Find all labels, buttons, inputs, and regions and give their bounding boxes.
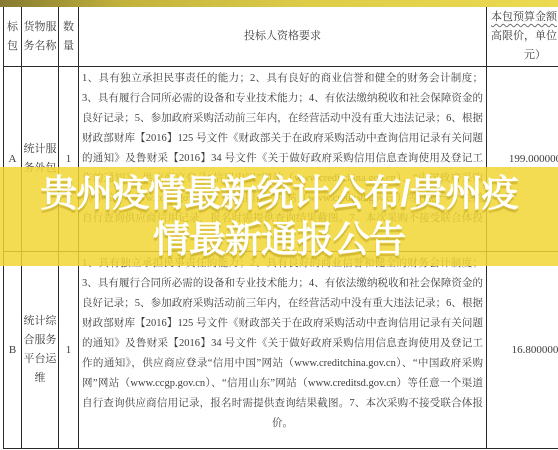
table-header-row: 标包 货物服务名称 数量 投标人资格要求 本包预算金额（最高限价，单位：万元） (4, 7, 558, 67)
col-header-budget: 本包预算金额（最高限价，单位：万元） (487, 7, 558, 67)
cell-qualification: 1、具有独立承担民事责任的能力；2、具有良好的商业信誉和健全的财务会计制度；3、… (79, 252, 487, 449)
overlay-title-line1: 贵州疫情最新统计公布/贵州疫 (40, 171, 517, 217)
overlay-banner: 贵州疫情最新统计公布/贵州疫 情最新通报公告 (0, 167, 558, 266)
cell-budget: 16.800000 (487, 252, 558, 449)
table-row-package-b: B 统计综合服务平台运维 1 1、具有独立承担民事责任的能力；2、具有良好的商业… (4, 252, 558, 449)
cell-package-letter: B (4, 252, 22, 449)
col-header-quantity: 数量 (59, 7, 79, 67)
top-highlight-strip (0, 0, 558, 7)
cell-quantity: 1 (59, 252, 79, 449)
overlay-title-line2: 情最新通报公告 (153, 217, 405, 263)
document-page: 标包 货物服务名称 数量 投标人资格要求 本包预算金额（最高限价，单位：万元） … (0, 0, 558, 450)
col-header-bid-package: 标包 (4, 7, 22, 67)
col-header-qualification: 投标人资格要求 (79, 7, 487, 67)
cell-goods-name: 统计综合服务平台运维 (22, 252, 59, 449)
budget-header-underlined: 本包预算金额 (491, 11, 557, 23)
col-header-goods-name: 货物服务名称 (22, 7, 59, 67)
